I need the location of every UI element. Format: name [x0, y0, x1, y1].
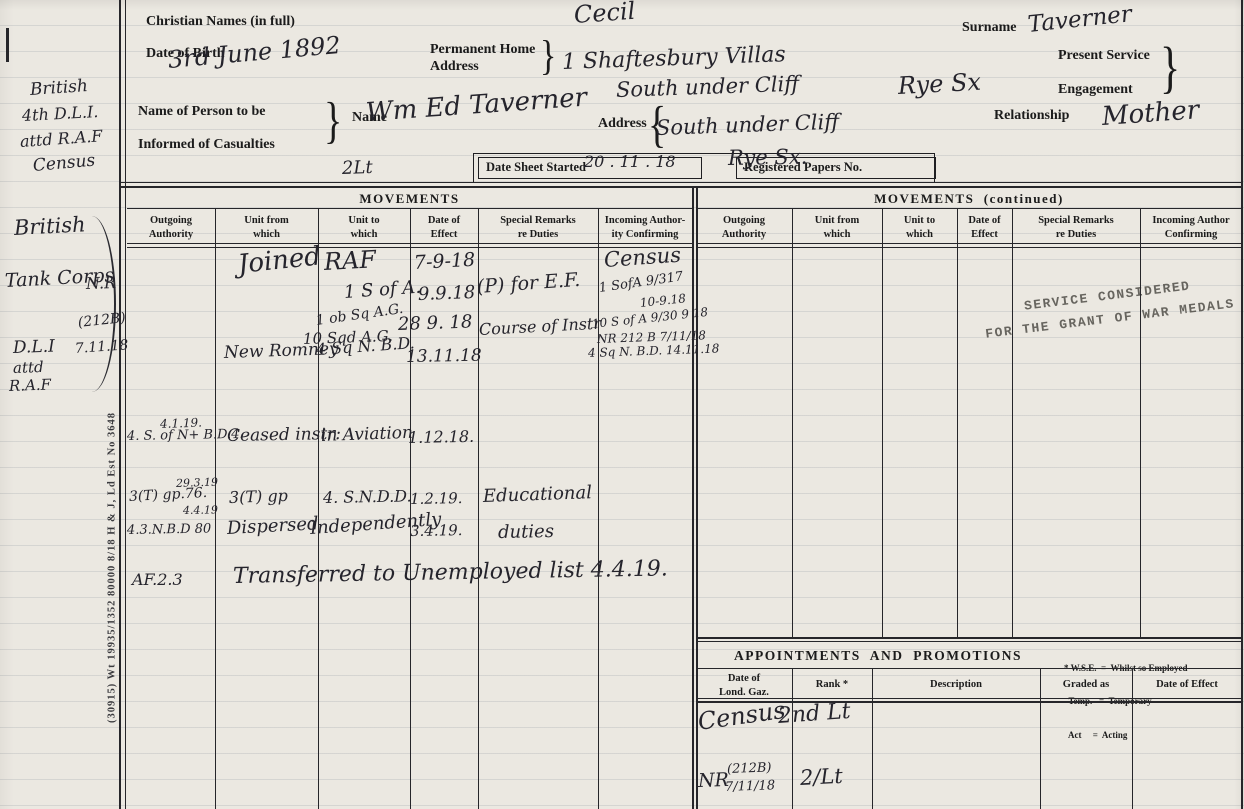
col-date-of-effect: Date of Effect [410, 214, 478, 241]
col-special-remarks: Special Remarks re Duties [1012, 214, 1140, 241]
table-row-divider [696, 243, 1242, 244]
casualties-label-line1: Name of Person to be [138, 104, 266, 121]
table-column-divider [792, 208, 793, 637]
handwriting-note: attd [13, 360, 44, 376]
handwriting-note: 1 SofA 9/317 [598, 270, 684, 295]
handwriting-note: 4th D.L.I. [22, 104, 99, 124]
handwriting-note: 7-9-18 [414, 251, 476, 273]
col-outgoing-authority: Outgoing Authority [127, 214, 215, 241]
handwriting-note: 1 ob Sq A.G. [315, 302, 404, 328]
table-row-divider [119, 182, 1242, 183]
handwriting-note: 1.12.18. [408, 429, 474, 446]
handwriting-note: Dispersed [227, 515, 319, 538]
col-outgoing-authority: Outgoing Authority [696, 214, 792, 241]
handwriting-note: 7.11.18 [75, 338, 129, 356]
col-unit-to: Unit to which [882, 214, 957, 241]
relationship-label: Relationship [994, 108, 1069, 125]
handwriting-note: 4.3.N.B.D 80 [127, 523, 211, 537]
handwriting-note: 4 Sq N. B.D. 14.11.18 [588, 342, 720, 359]
table-row-divider [696, 641, 1242, 642]
date-sheet-value: 20 . 11 . 18 [584, 154, 676, 170]
war-medals-stamp: SERVICE CONSIDERED FOR THE GRANT OF WAR … [957, 266, 1244, 349]
handwriting-note: 2/Lt [799, 766, 843, 789]
handwriting-note: D.L.I [13, 339, 55, 357]
handwriting-note: 4.4.19 [183, 504, 218, 516]
col-graded-as: Graded as [1040, 678, 1132, 692]
table-column-divider [1040, 668, 1041, 809]
brace-glyph: } [324, 95, 342, 146]
handwriting-note: AF.2.3 [132, 572, 183, 588]
table-row-divider [696, 208, 1242, 209]
table-column-divider [119, 0, 121, 809]
legend-act: Act = Acting [1064, 730, 1188, 741]
christian-names-label: Christian Names (in full) [146, 14, 295, 31]
table-column-divider [692, 187, 694, 809]
handwriting-note: Census [32, 153, 96, 175]
handwriting-note: 3rd June 1892 [167, 33, 342, 72]
form-imprint: (30915) Wt 19935/1352 80000 8/18 H & J, … [107, 353, 118, 783]
col-rank: Rank * [792, 678, 872, 692]
table-row-divider [696, 247, 1242, 249]
handwriting-note: British [13, 214, 86, 239]
brace-glyph: } [540, 36, 556, 79]
table-column-divider [125, 0, 126, 809]
casualties-label-line2: Informed of Casualties [138, 137, 275, 154]
date-sheet-label: Date Sheet Started [486, 160, 586, 175]
handwriting-note: 1.2.19. [410, 491, 463, 507]
handwriting-note: British [29, 78, 88, 99]
table-column-divider [957, 208, 958, 637]
handwriting-note: attd R.A.F [19, 128, 103, 150]
handwriting-note: 1 Shaftesbury Villas [562, 44, 786, 74]
handwriting-note: R.A.F [9, 378, 52, 394]
handwriting-note: Transferred to Unemployed list 4.4.19. [233, 558, 668, 588]
engagement-label: Engagement [1058, 82, 1133, 99]
handwriting-note: 4 Sq N. B.D. [315, 335, 415, 358]
handwriting-note: Mother [1101, 97, 1200, 130]
table-row-divider [119, 186, 1242, 188]
movements-continued-title: MOVEMENTS (continued) [696, 191, 1242, 207]
table-row-divider [127, 243, 692, 244]
table-column-divider [872, 668, 873, 809]
handwriting-note: Rye Sx [897, 70, 981, 98]
handwriting-note: 10-9.18 [639, 292, 686, 309]
service-record-sheet: (30915) Wt 19935/1352 80000 8/18 H & J, … [0, 0, 1244, 809]
handwriting-note: 7/11/18 [725, 779, 776, 794]
col-incoming-authority: Incoming Author Confirming [1140, 214, 1242, 241]
table-column-divider [792, 668, 793, 809]
handwriting-note: 4. S.N.D.D. [323, 488, 412, 506]
col-date-lond-gaz: Date of Lond. Gaz. [696, 672, 792, 699]
handwriting-note: 3(T) gp [229, 488, 288, 506]
col-unit-from: Unit from which [215, 214, 318, 241]
handwriting-note: 3(T) gp.76. [129, 486, 208, 504]
handwriting-note: South under Cliff [656, 112, 840, 139]
col-special-remarks: Special Remarks re Duties [478, 214, 598, 241]
handwriting-note: 10 S of A 9/30 9 18 [591, 306, 708, 330]
table-column-divider [318, 208, 319, 809]
col-unit-to: Unit to which [318, 214, 410, 241]
handwriting-note: 2Lt [342, 159, 373, 178]
handwriting-note: Cecil [573, 0, 636, 27]
table-column-divider [1012, 208, 1013, 637]
brace-glyph: } [1160, 41, 1180, 98]
handwriting-note: (212B) [727, 761, 772, 776]
col-unit-from: Unit from which [792, 214, 882, 241]
scan-mark [6, 28, 9, 62]
table-column-divider [598, 208, 599, 809]
table-row-divider [696, 637, 1242, 639]
handwriting-note: Course of Instr [479, 316, 602, 338]
handwriting-note: South under Cliff [616, 74, 800, 101]
table-row-divider [127, 208, 692, 209]
handwriting-note: Joined [237, 243, 322, 278]
handwriting-note: 9.9.18 [418, 284, 476, 304]
handwriting-note: 28 9. 18 [398, 313, 473, 334]
handwriting-note: 3.4.19. [410, 523, 463, 539]
handwriting-note: Census [696, 698, 787, 734]
handwriting-note: RAF [323, 247, 376, 274]
handwriting-note: duties [498, 523, 554, 542]
handwriting-note: Census [603, 245, 681, 271]
handwriting-note: (P) for E.F. [476, 271, 580, 297]
table-column-divider [1132, 668, 1133, 809]
handwriting-note: Wm Ed Taverner [365, 85, 588, 126]
handwriting-note: in Aviation [321, 425, 414, 445]
table-column-divider [1140, 208, 1141, 637]
handwriting-note: Rye Sx. [728, 147, 808, 169]
col-incoming-authority: Incoming Author- ity Confirming [598, 214, 692, 241]
table-column-divider [882, 208, 883, 637]
col-date-of-effect: Date of Effect [957, 214, 1012, 241]
address-label: Address [598, 116, 647, 133]
table-column-divider [1241, 0, 1243, 809]
col-description: Description [872, 678, 1040, 692]
handwriting-note: 13.11.18 [406, 348, 482, 366]
table-column-divider [478, 208, 479, 809]
table-row-divider [696, 668, 1242, 669]
handwriting-note: 2nd Lt [777, 701, 851, 728]
appointments-title: APPOINTMENTS AND PROMOTIONS [700, 648, 1056, 664]
surname-label: Surname [962, 20, 1016, 37]
permanent-home-address-label: Permanent Home Address [430, 42, 535, 75]
present-service-label: Present Service [1058, 48, 1150, 65]
col-date-of-effect: Date of Effect [1132, 678, 1242, 692]
handwriting-note: Taverner [1027, 3, 1133, 37]
handwriting-note: N.R [86, 275, 117, 292]
movements-title: MOVEMENTS [127, 191, 692, 207]
handwriting-note: Educational [483, 484, 593, 506]
